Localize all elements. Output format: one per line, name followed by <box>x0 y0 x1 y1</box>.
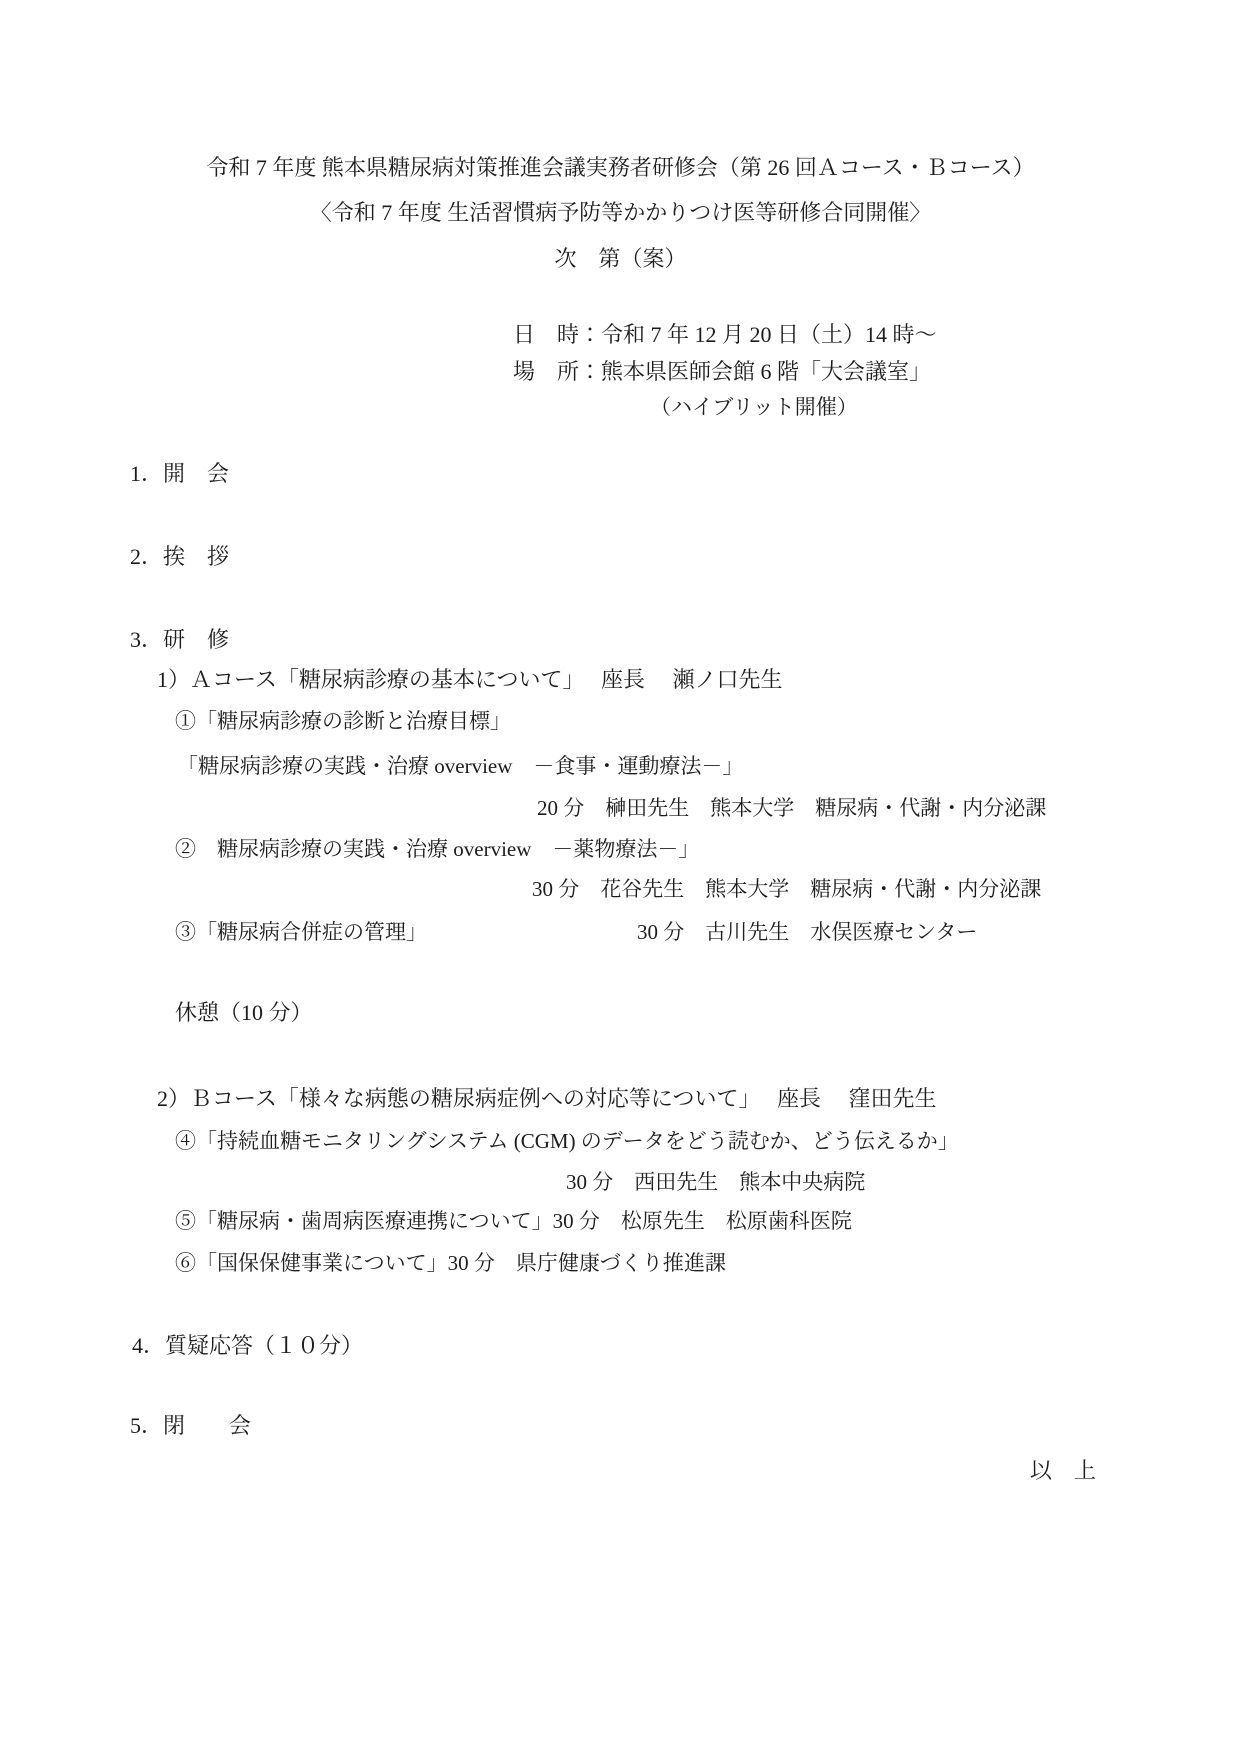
doc-type-label: 次 第（案） <box>0 246 1241 272</box>
lecture-4-credit: 30 分 西田先生 熊本中央病院 <box>566 1170 865 1195</box>
lecture-2-credit: 30 分 花谷先生 熊本大学 糖尿病・代謝・内分泌課 <box>532 877 1041 902</box>
lecture-4-title: ④「持続血糖モニタリングシステム (CGM) のデータをどう読むか、どう伝えるか… <box>175 1129 959 1154</box>
lecture-1-subtitle: 「糖尿病診療の実践・治療 overview －食事・運動療法－」 <box>177 754 743 779</box>
closing-mark: 以 上 <box>1030 1458 1096 1484</box>
lecture-1-credit: 20 分 榊田先生 熊本大学 糖尿病・代謝・内分泌課 <box>537 796 1046 821</box>
event-format-note: （ハイブリット開催） <box>650 395 858 420</box>
agenda-item-1-opening: 1．開 会 <box>130 461 229 487</box>
break-note: 休憩（10 分） <box>175 1000 313 1026</box>
course-a-heading: 1）Ａコース「糖尿病診療の基本について」 座長 瀬ノ口先生 <box>157 667 782 693</box>
doc-title: 令和 7 年度 熊本県糖尿病対策推進会議実務者研修会（第 26 回Ａコース・Ｂコ… <box>0 155 1241 181</box>
agenda-item-5-closing: 5．閉 会 <box>130 1413 251 1439</box>
lecture-5-line: ⑤「糖尿病・歯周病医療連携について」30 分 松原先生 松原歯科医院 <box>175 1209 852 1234</box>
lecture-2-title: ② 糖尿病診療の実践・治療 overview －薬物療法－」 <box>175 837 699 862</box>
agenda-document-page: 令和 7 年度 熊本県糖尿病対策推進会議実務者研修会（第 26 回Ａコース・Ｂコ… <box>0 0 1241 1754</box>
agenda-item-3-training: 3．研 修 <box>130 627 229 653</box>
lecture-3-credit: 30 分 古川先生 水俣医療センター <box>637 920 977 945</box>
agenda-item-2-greeting: 2．挨 拶 <box>130 544 229 570</box>
lecture-1-title: ①「糖尿病診療の診断と治療目標」 <box>175 709 511 734</box>
event-venue: 場 所：熊本県医師会館 6 階「大会議室」 <box>513 359 931 385</box>
course-b-heading: 2）Ｂコース「様々な病態の糖尿病症例への対応等について」 座長 窪田先生 <box>157 1086 936 1112</box>
agenda-item-4-qa: 4．質疑応答（１０分） <box>132 1333 363 1359</box>
lecture-6-line: ⑥「国保保健事業について」30 分 県庁健康づくり推進課 <box>175 1251 726 1276</box>
doc-subtitle: 〈令和 7 年度 生活習慣病予防等かかりつけ医等研修合同開催〉 <box>0 200 1241 226</box>
event-datetime: 日 時：令和 7 年 12 月 20 日（土）14 時～ <box>513 322 937 348</box>
lecture-3-title: ③「糖尿病合併症の管理」 <box>175 920 427 945</box>
